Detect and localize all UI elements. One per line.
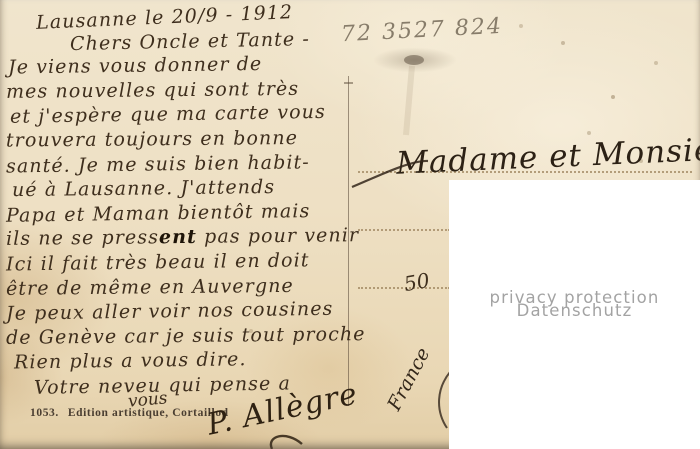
address-line-2: [358, 229, 450, 231]
message-correction-pre: ils ne se press: [6, 227, 159, 251]
signature-flourish: [271, 436, 302, 449]
postcard-scan: Lausanne le 20/9 - 1912 Chers Oncle et T…: [0, 0, 700, 449]
message-line: trouvera toujours en bonne: [6, 125, 364, 153]
privacy-overlay-text: privacy protection Datenschutz: [449, 291, 700, 317]
postcard-paper: Lausanne le 20/9 - 1912 Chers Oncle et T…: [0, 0, 700, 449]
house-number: 50: [402, 268, 431, 296]
ink-smudge: [404, 55, 424, 65]
smudge-streak: [406, 66, 412, 135]
pencil-catalog-number: 72 3527 824: [340, 14, 503, 47]
message-correction-overwrite: ent: [159, 226, 197, 248]
privacy-overlay: privacy protection Datenschutz: [449, 180, 700, 449]
message-correction-post: pas pour venir: [197, 225, 359, 249]
handwritten-message: Lausanne le 20/9 - 1912 Chers Oncle et T…: [6, 4, 364, 398]
message-line: Ici il fait très beau il en doit: [6, 247, 364, 277]
paper-specks: [0, 0, 2, 2]
privacy-line-de: Datenschutz: [449, 304, 700, 317]
publisher-imprint: 1053.Edition artistique, Cortaillod: [30, 407, 229, 419]
recipient-line: Madame et Monsieur: [395, 130, 700, 181]
country-word: France: [383, 344, 434, 414]
publisher-number: 1053.: [30, 407, 59, 419]
